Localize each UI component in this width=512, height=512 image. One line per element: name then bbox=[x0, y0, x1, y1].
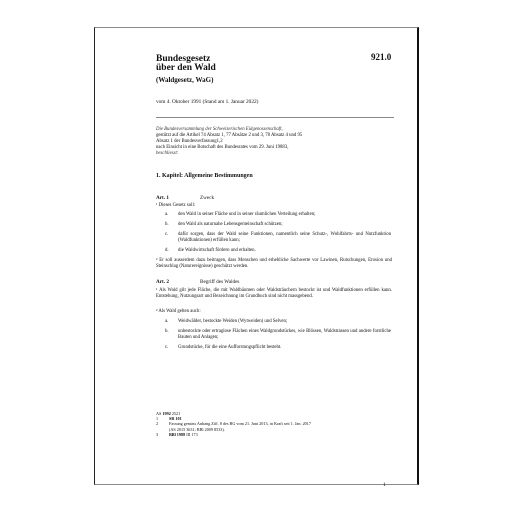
article-number: Art. 1 bbox=[156, 195, 200, 201]
date-line: vom 4. Oktober 1991 (Stand am 1. Januar … bbox=[156, 99, 258, 105]
list-item: b. unbestockte oder ertraglose Flächen e… bbox=[165, 329, 391, 341]
divider bbox=[156, 117, 394, 118]
page-number: 1 bbox=[383, 482, 386, 488]
preamble: Die Bundesversammlung der Schweizerische… bbox=[156, 127, 302, 157]
article-1-para-1: ¹ Dieses Gesetz soll: bbox=[156, 203, 392, 209]
article-2-heading: Art. 2Begriff des Waldes bbox=[156, 279, 239, 285]
title-line-2: über den Wald bbox=[156, 64, 216, 73]
footnotes: AS 1992 2521 1 SR 101 2 Fassung gemäss A… bbox=[156, 411, 311, 437]
preamble-decree: beschliesst: bbox=[156, 151, 302, 157]
list-item: d. die Waldwirtschaft fördern und erhalt… bbox=[165, 248, 391, 254]
article-number: Art. 2 bbox=[156, 279, 200, 285]
list-item: a. Weidwälder, bestockte Weiden (Wytweid… bbox=[165, 319, 391, 325]
law-title: Bundesgesetz über den Wald bbox=[156, 55, 216, 73]
article-2-para-1: ¹ Als Wald gilt jede Fläche, die mit Wal… bbox=[156, 288, 392, 300]
short-title: (Waldgesetz, WaG) bbox=[156, 76, 213, 84]
list-item: a. den Wald in seiner Fläche und in sein… bbox=[165, 212, 391, 218]
article-1-heading: Art. 1Zweck bbox=[156, 195, 214, 201]
article-title: Zweck bbox=[200, 195, 214, 201]
article-1-para-2: ² Er soll ausserdem dazu beitragen, dass… bbox=[156, 258, 392, 270]
list-item: c. Grundstücke, für die eine Aufforstung… bbox=[165, 345, 391, 351]
chapter-heading: 1. Kapitel: Allgemeine Bestimmungen bbox=[156, 173, 253, 179]
list-item: b. den Wald als naturnahe Lebensgemeinsc… bbox=[165, 222, 391, 228]
document-page: 921.0 Bundesgesetz über den Wald (Waldge… bbox=[94, 27, 419, 485]
article-2-para-2: ² Als Wald gelten auch: bbox=[156, 309, 392, 315]
article-title: Begriff des Waldes bbox=[200, 279, 239, 285]
list-item: c. dafür sorgen, dass der Wald seine Fun… bbox=[165, 232, 391, 244]
sr-number: 921.0 bbox=[371, 52, 391, 62]
footnote: 3 BBl 1988 III 173 bbox=[156, 432, 311, 437]
